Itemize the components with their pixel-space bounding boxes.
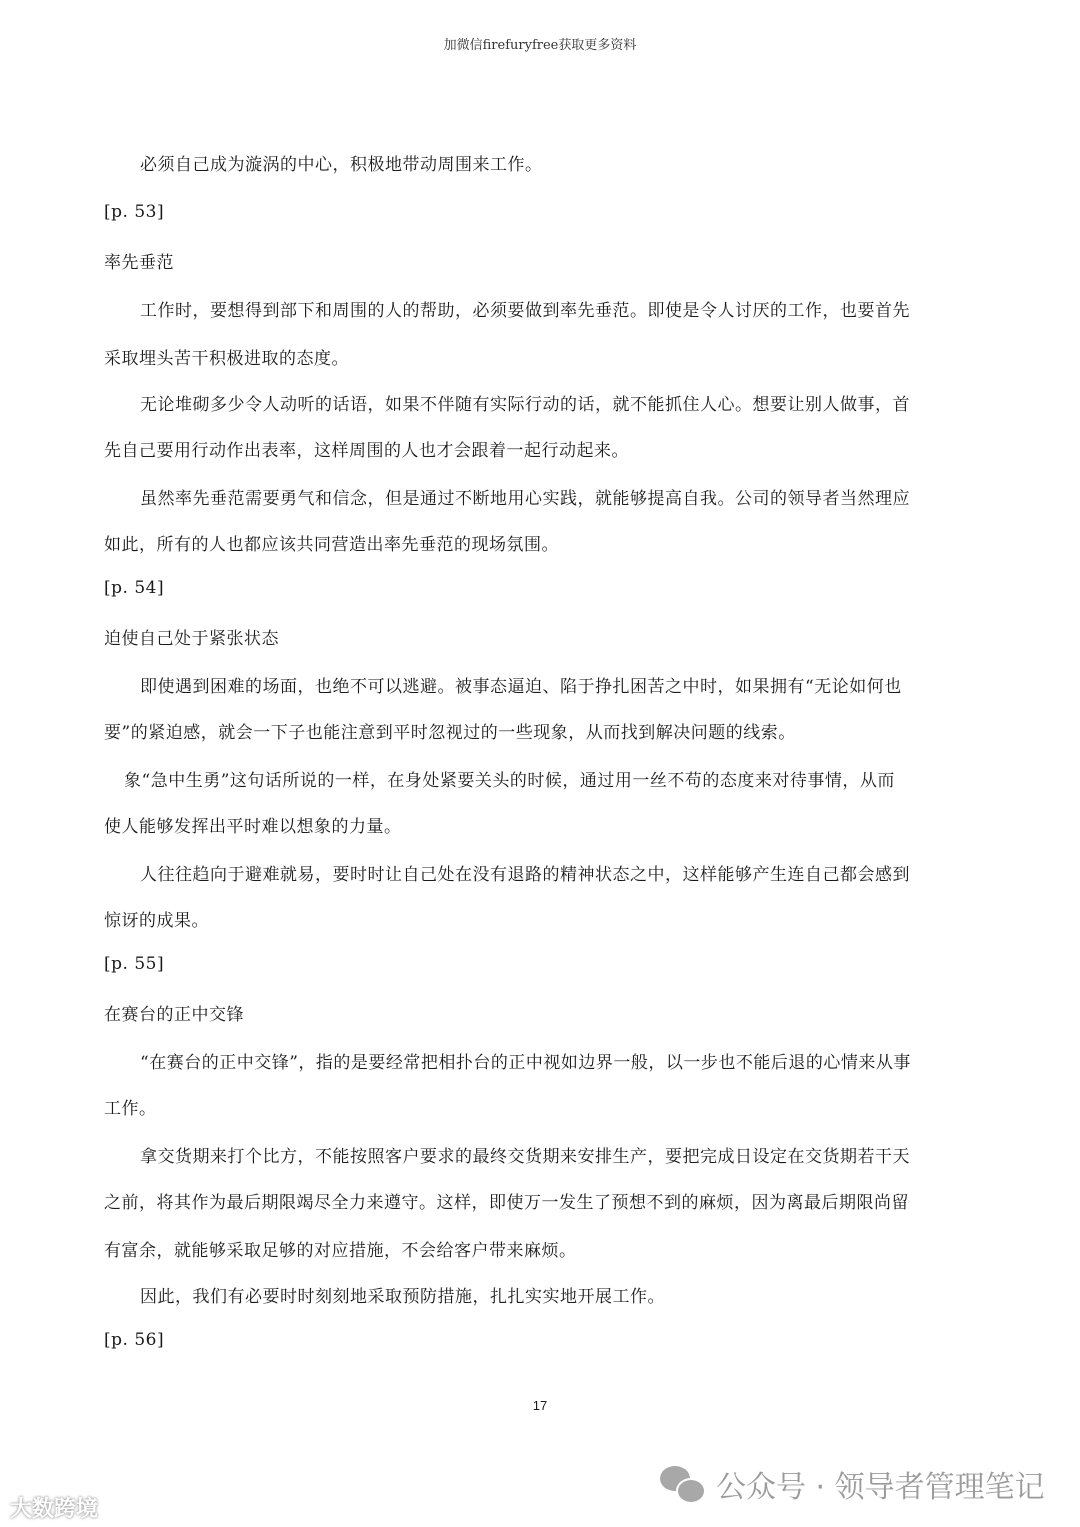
- text-line: 因此，我们有必要时时刻刻地采取预防措施，扎扎实实地开展工作。: [140, 1282, 665, 1307]
- text-line: 率先垂范: [104, 248, 174, 273]
- text-line: 要”的紧迫感，就会一下子也能注意到平时忽视过的一些现象，从而找到解决问题的线索。: [104, 718, 796, 743]
- text-line: “在赛台的正中交锋”，指的是要经常把相扑台的正中视如边界一般，以一步也不能后退的…: [140, 1048, 911, 1073]
- page-reference: [p. 56]: [104, 1330, 164, 1350]
- page-number: 17: [0, 1398, 1080, 1413]
- text-line: 虽然率先垂范需要勇气和信念，但是通过不断地用心实践，就能够提高自我。公司的领导者…: [140, 484, 910, 509]
- text-line: 在赛台的正中交锋: [104, 1000, 244, 1025]
- text-line: 惊讶的成果。: [104, 906, 209, 931]
- text-line: 工作。: [104, 1094, 157, 1119]
- text-line: 象“急中生勇”这句话所说的一样，在身处紧要关头的时候，通过用一丝不苟的态度来对待…: [124, 766, 895, 791]
- page-reference: [p. 55]: [104, 954, 164, 974]
- text-line: 之前，将其作为最后期限竭尽全力来遵守。这样，即使万一发生了预想不到的麻烦，因为离…: [104, 1188, 909, 1213]
- watermark-right: 公众号 · 领导者管理笔记: [660, 1462, 1045, 1506]
- page-reference: [p. 53]: [104, 202, 164, 222]
- text-line: 先自己要用行动作出表率，这样周围的人也才会跟着一起行动起来。: [104, 436, 629, 461]
- text-line: 迫使自己处于紧张状态: [104, 624, 279, 649]
- watermark-left: 大数跨境: [10, 1492, 98, 1523]
- text-line: 有富余，就能够采取足够的对应措施，不会给客户带来麻烦。: [104, 1236, 577, 1261]
- text-line: 拿交货期来打个比方，不能按照客户要求的最终交货期来安排生产，要把完成日设定在交货…: [140, 1142, 910, 1167]
- text-line: 即使遇到困难的场面，也绝不可以逃避。被事态逼迫、陷于挣扎困苦之中时，如果拥有“无…: [140, 672, 902, 697]
- page-header-note: 加微信firefuryfree获取更多资料: [0, 34, 1080, 53]
- text-line: 无论堆砌多少令人动听的话语，如果不伴随有实际行动的话，就不能抓住人心。想要让别人…: [140, 390, 910, 415]
- page-reference: [p. 54]: [104, 578, 164, 598]
- text-line: 人往往趋向于避难就易，要时时让自己处在没有退路的精神状态之中，这样能够产生连自己…: [140, 860, 910, 885]
- text-line: 采取埋头苦干积极进取的态度。: [104, 344, 349, 369]
- text-line: 工作时，要想得到部下和周围的人的帮助，必须要做到率先垂范。即使是令人讨厌的工作，…: [140, 296, 910, 321]
- text-line: 如此，所有的人也都应该共同营造出率先垂范的现场氛围。: [104, 530, 559, 555]
- text-line: 必须自己成为漩涡的中心，积极地带动周围来工作。: [140, 150, 543, 175]
- wechat-icon: [660, 1466, 704, 1502]
- text-line: 使人能够发挥出平时难以想象的力量。: [104, 812, 402, 837]
- watermark-right-text: 公众号 · 领导者管理笔记: [716, 1462, 1045, 1506]
